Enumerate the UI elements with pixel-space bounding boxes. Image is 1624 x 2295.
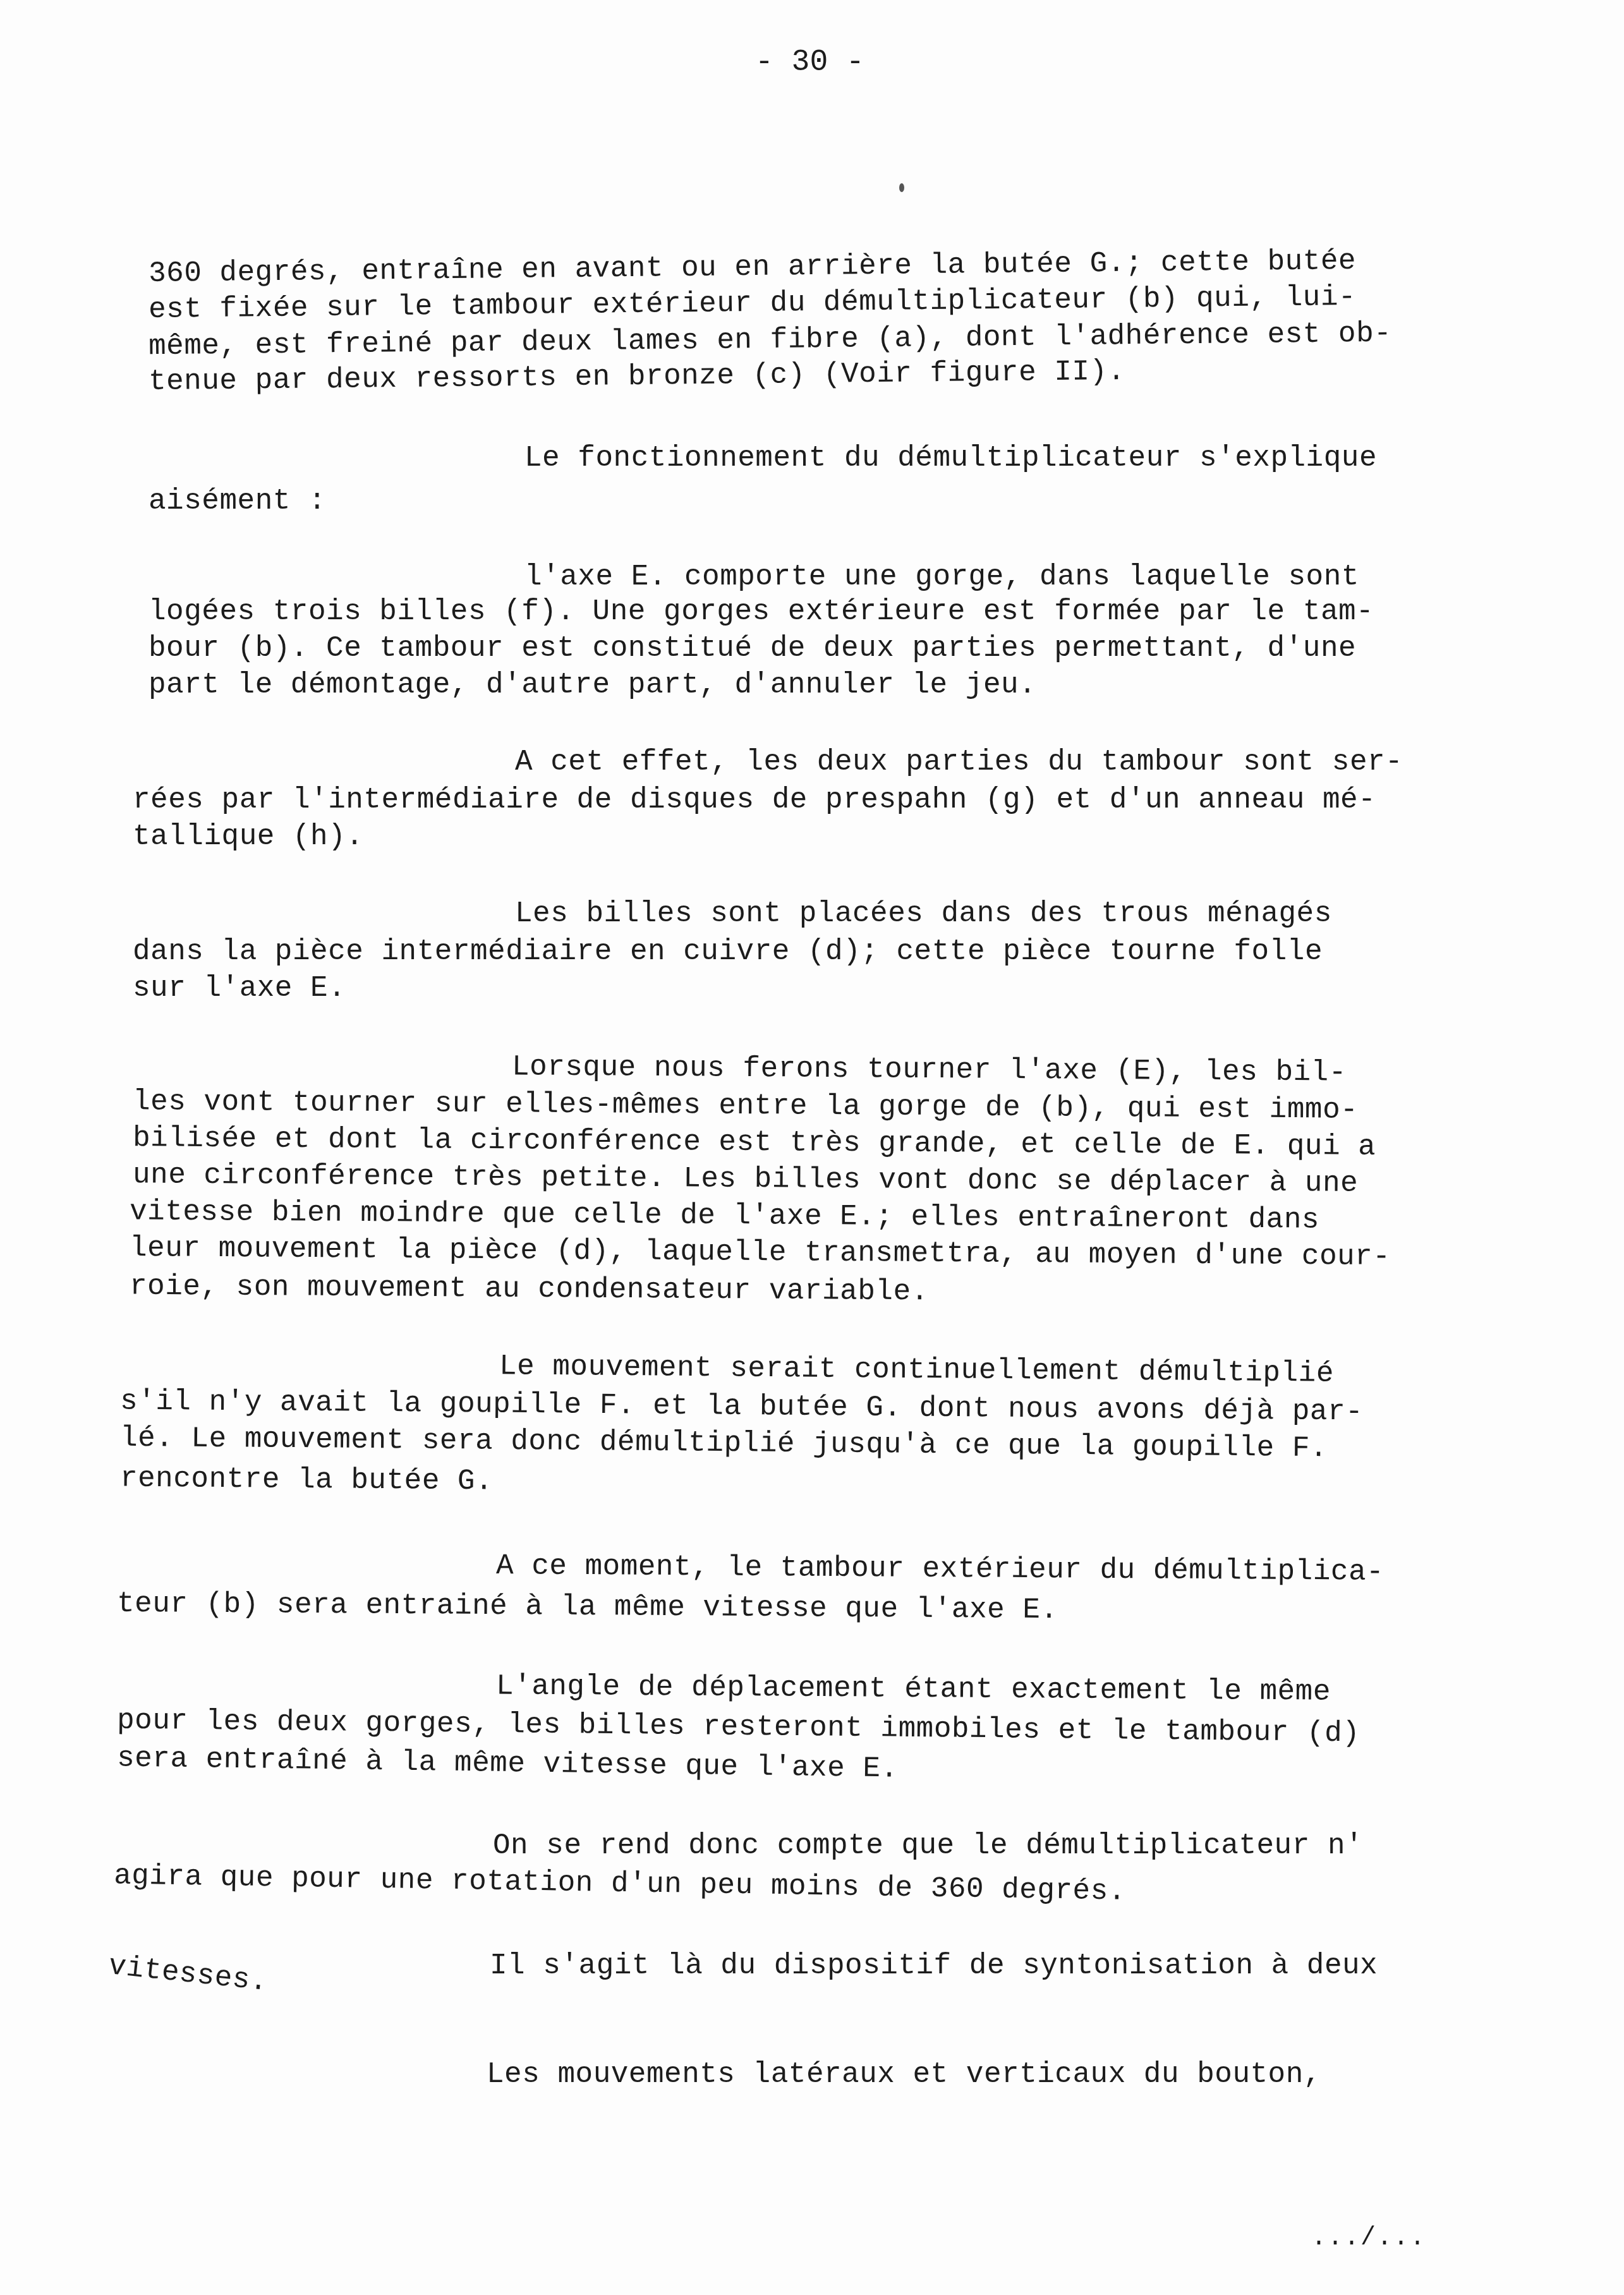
text-line: vitesses.: [107, 1948, 269, 2000]
text-line: Le mouvement serait continuellement dému…: [499, 1348, 1334, 1391]
text-line: tallique (h).: [133, 819, 363, 854]
text-line: A cet effet, les deux parties du tambour…: [515, 744, 1403, 780]
text-line: leur mouvement la pièce (d), laquelle tr…: [130, 1230, 1391, 1275]
ink-speck: [899, 183, 904, 192]
text-line: rencontre la butée G.: [120, 1460, 494, 1499]
text-line: roie, son mouvement au condensateur vari…: [130, 1269, 929, 1310]
text-line: sur l'axe E.: [133, 971, 346, 1006]
text-line: rées par l'intermédiaire de disques de p…: [133, 782, 1376, 818]
text-line: aisément :: [148, 483, 326, 519]
text-line: logées trois billes (f). Une gorges exté…: [148, 594, 1374, 629]
text-line: Le fonctionnement du démultiplicateur s'…: [524, 440, 1377, 476]
text-line: l'axe E. comporte une gorge, dans laquel…: [524, 559, 1359, 595]
text-line: teur (b) sera entrainé à la même vitesse…: [117, 1586, 1058, 1628]
text-line: Il s'agit là du dispositif de syntonisat…: [490, 1948, 1378, 1983]
typewritten-page: - 30 - 360 degrés, entraîne en avant ou …: [0, 0, 1624, 2295]
page-number: - 30 -: [755, 45, 864, 80]
text-line: sera entraîné à la même vitesse que l'ax…: [117, 1740, 899, 1786]
text-line: A ce moment, le tambour extérieur du dém…: [496, 1548, 1385, 1590]
text-line: une circonférence très petite. Les bille…: [133, 1157, 1359, 1201]
text-line: dans la pièce intermédiaire en cuivre (d…: [133, 934, 1323, 969]
text-line: Les billes sont placées dans des trous m…: [515, 896, 1332, 931]
text-line: L'angle de déplacement étant exactement …: [496, 1668, 1331, 1709]
continuation-mark: .../...: [1311, 2224, 1426, 2253]
text-line: agira que pour une rotation d'un peu moi…: [114, 1858, 1127, 1909]
text-line: Les mouvements latéraux et verticaux du …: [487, 2057, 1321, 2092]
text-line: Lorsque nous ferons tourner l'axe (E), l…: [512, 1049, 1347, 1090]
text-line: part le démontage, d'autre part, d'annul…: [148, 667, 1036, 703]
text-line: bour (b). Ce tambour est constitué de de…: [148, 631, 1356, 666]
text-line: On se rend donc compte que le démultipli…: [493, 1828, 1363, 1863]
